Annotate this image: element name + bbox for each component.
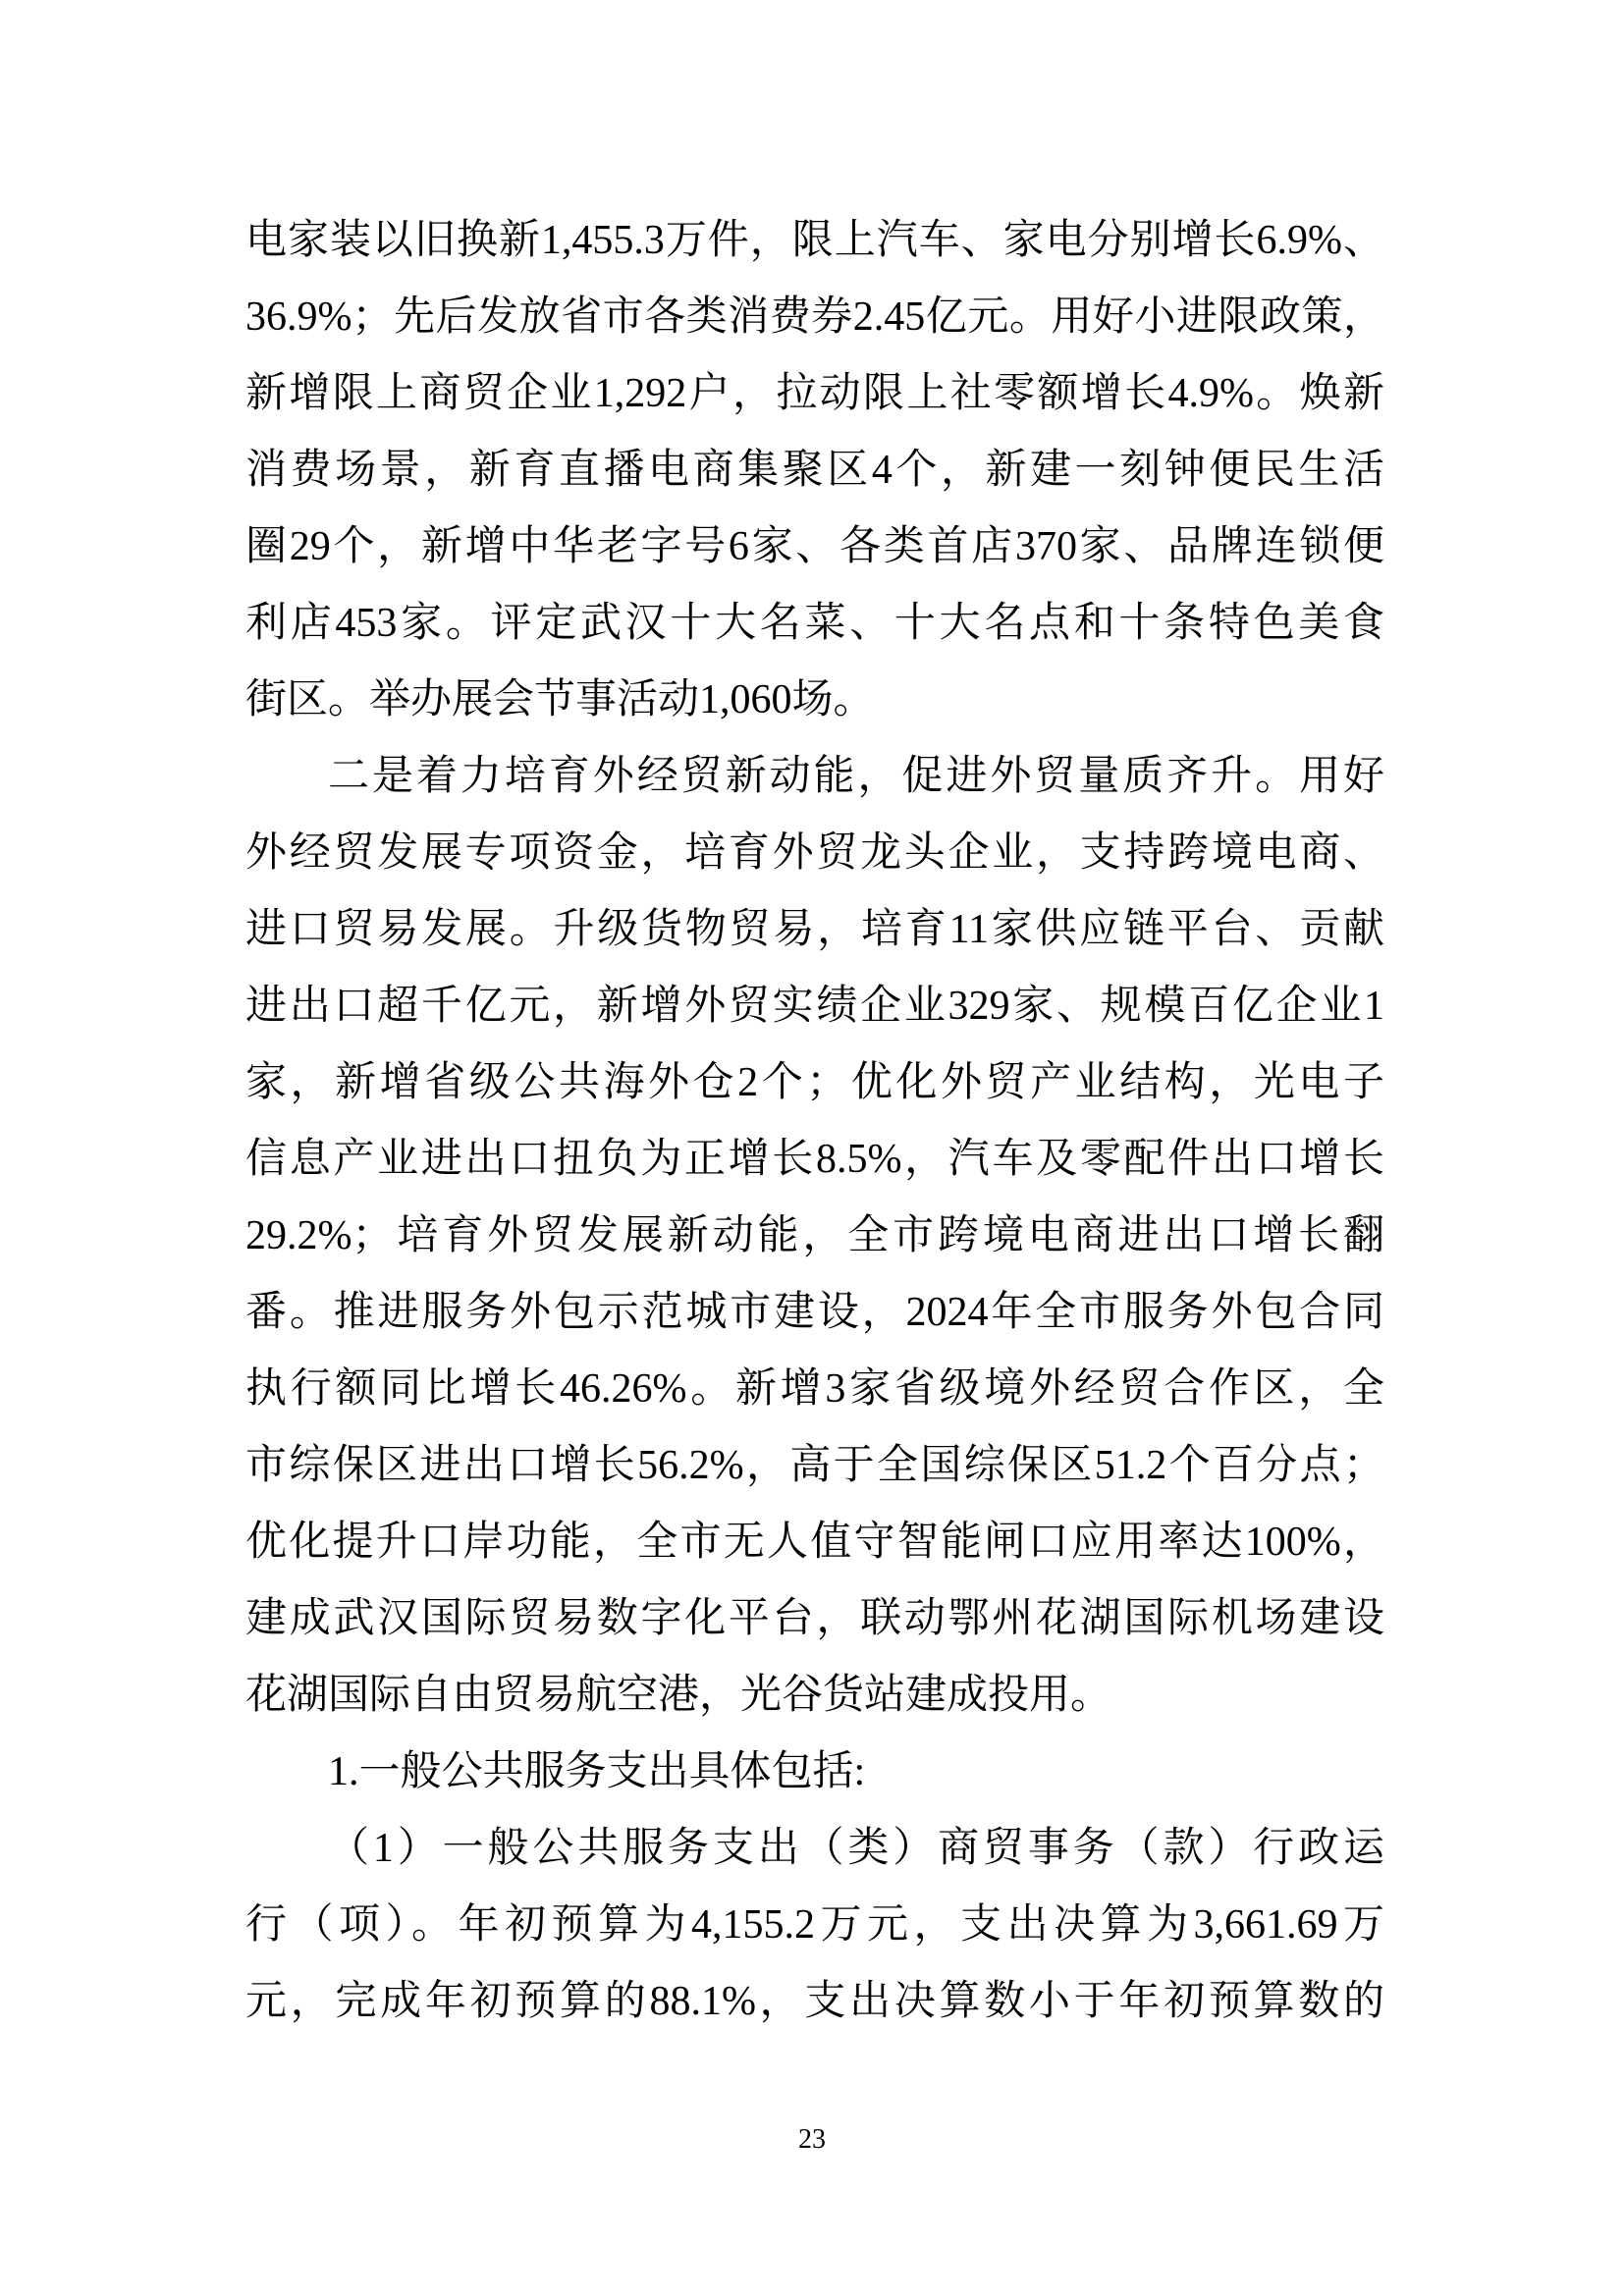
text-line: 市综保区进出口增长56.2%，高于全国综保区51.2个百分点； [245,1427,1384,1504]
text-line: 执行额同比增长46.26%。新增3家省级境外经贸合作区，全 [245,1351,1384,1427]
text-line: 圈29个，新增中华老字号6家、各类首店370家、品牌连锁便 [245,508,1384,585]
text-line: 36.9%；先后发放省市各类消费券2.45亿元。用好小进限政策， [245,279,1384,355]
text-line: 新增限上商贸企业1,292户，拉动限上社零额增长4.9%。焕新 [245,355,1384,432]
text-line: 家，新增省级公共海外仓2个；优化外贸产业结构，光电子 [245,1044,1384,1121]
page-number: 23 [0,2120,1624,2160]
text-line: 29.2%；培育外贸发展新动能，全市跨境电商进出口增长翻 [245,1198,1384,1274]
document-body: 电家装以旧换新1,455.3万件，限上汽车、家电分别增长6.9%、36.9%；先… [245,202,1384,2040]
text-line: 电家装以旧换新1,455.3万件，限上汽车、家电分别增长6.9%、 [245,202,1384,279]
text-line: 街区。举办展会节事活动1,060场。 [245,662,1384,738]
text-line: 番。推进服务外包示范城市建设，2024年全市服务外包合同 [245,1274,1384,1351]
text-line: 优化提升口岸功能，全市无人值守智能闸口应用率达100%， [245,1504,1384,1580]
text-line: 建成武汉国际贸易数字化平台，联动鄂州花湖国际机场建设 [245,1580,1384,1657]
text-line: 利店453家。评定武汉十大名菜、十大名点和十条特色美食 [245,585,1384,662]
text-line: 花湖国际自由贸易航空港，光谷货站建成投用。 [245,1657,1384,1734]
text-line: 1.一般公共服务支出具体包括: [245,1734,1384,1810]
text-line: 消费场景，新育直播电商集聚区4个，新建一刻钟便民生活 [245,432,1384,508]
text-line: 信息产业进出口扭负为正增长8.5%，汽车及零配件出口增长 [245,1121,1384,1198]
text-line: 进出口超千亿元，新增外贸实绩企业329家、规模百亿企业1 [245,968,1384,1044]
text-line: 进口贸易发展。升级货物贸易，培育11家供应链平台、贡献 [245,891,1384,968]
document-page: 电家装以旧换新1,455.3万件，限上汽车、家电分别增长6.9%、36.9%；先… [0,0,1624,2296]
text-line: 元，完成年初预算的88.1%，支出决算数小于年初预算数的 [245,1963,1384,2040]
text-line: 外经贸发展专项资金，培育外贸龙头企业，支持跨境电商、 [245,815,1384,891]
text-line: 行（项）。年初预算为4,155.2万元，支出决算为3,661.69万 [245,1887,1384,1963]
text-line: 二是着力培育外经贸新动能，促进外贸量质齐升。用好 [245,738,1384,815]
text-line: （1）一般公共服务支出（类）商贸事务（款）行政运 [245,1810,1384,1887]
